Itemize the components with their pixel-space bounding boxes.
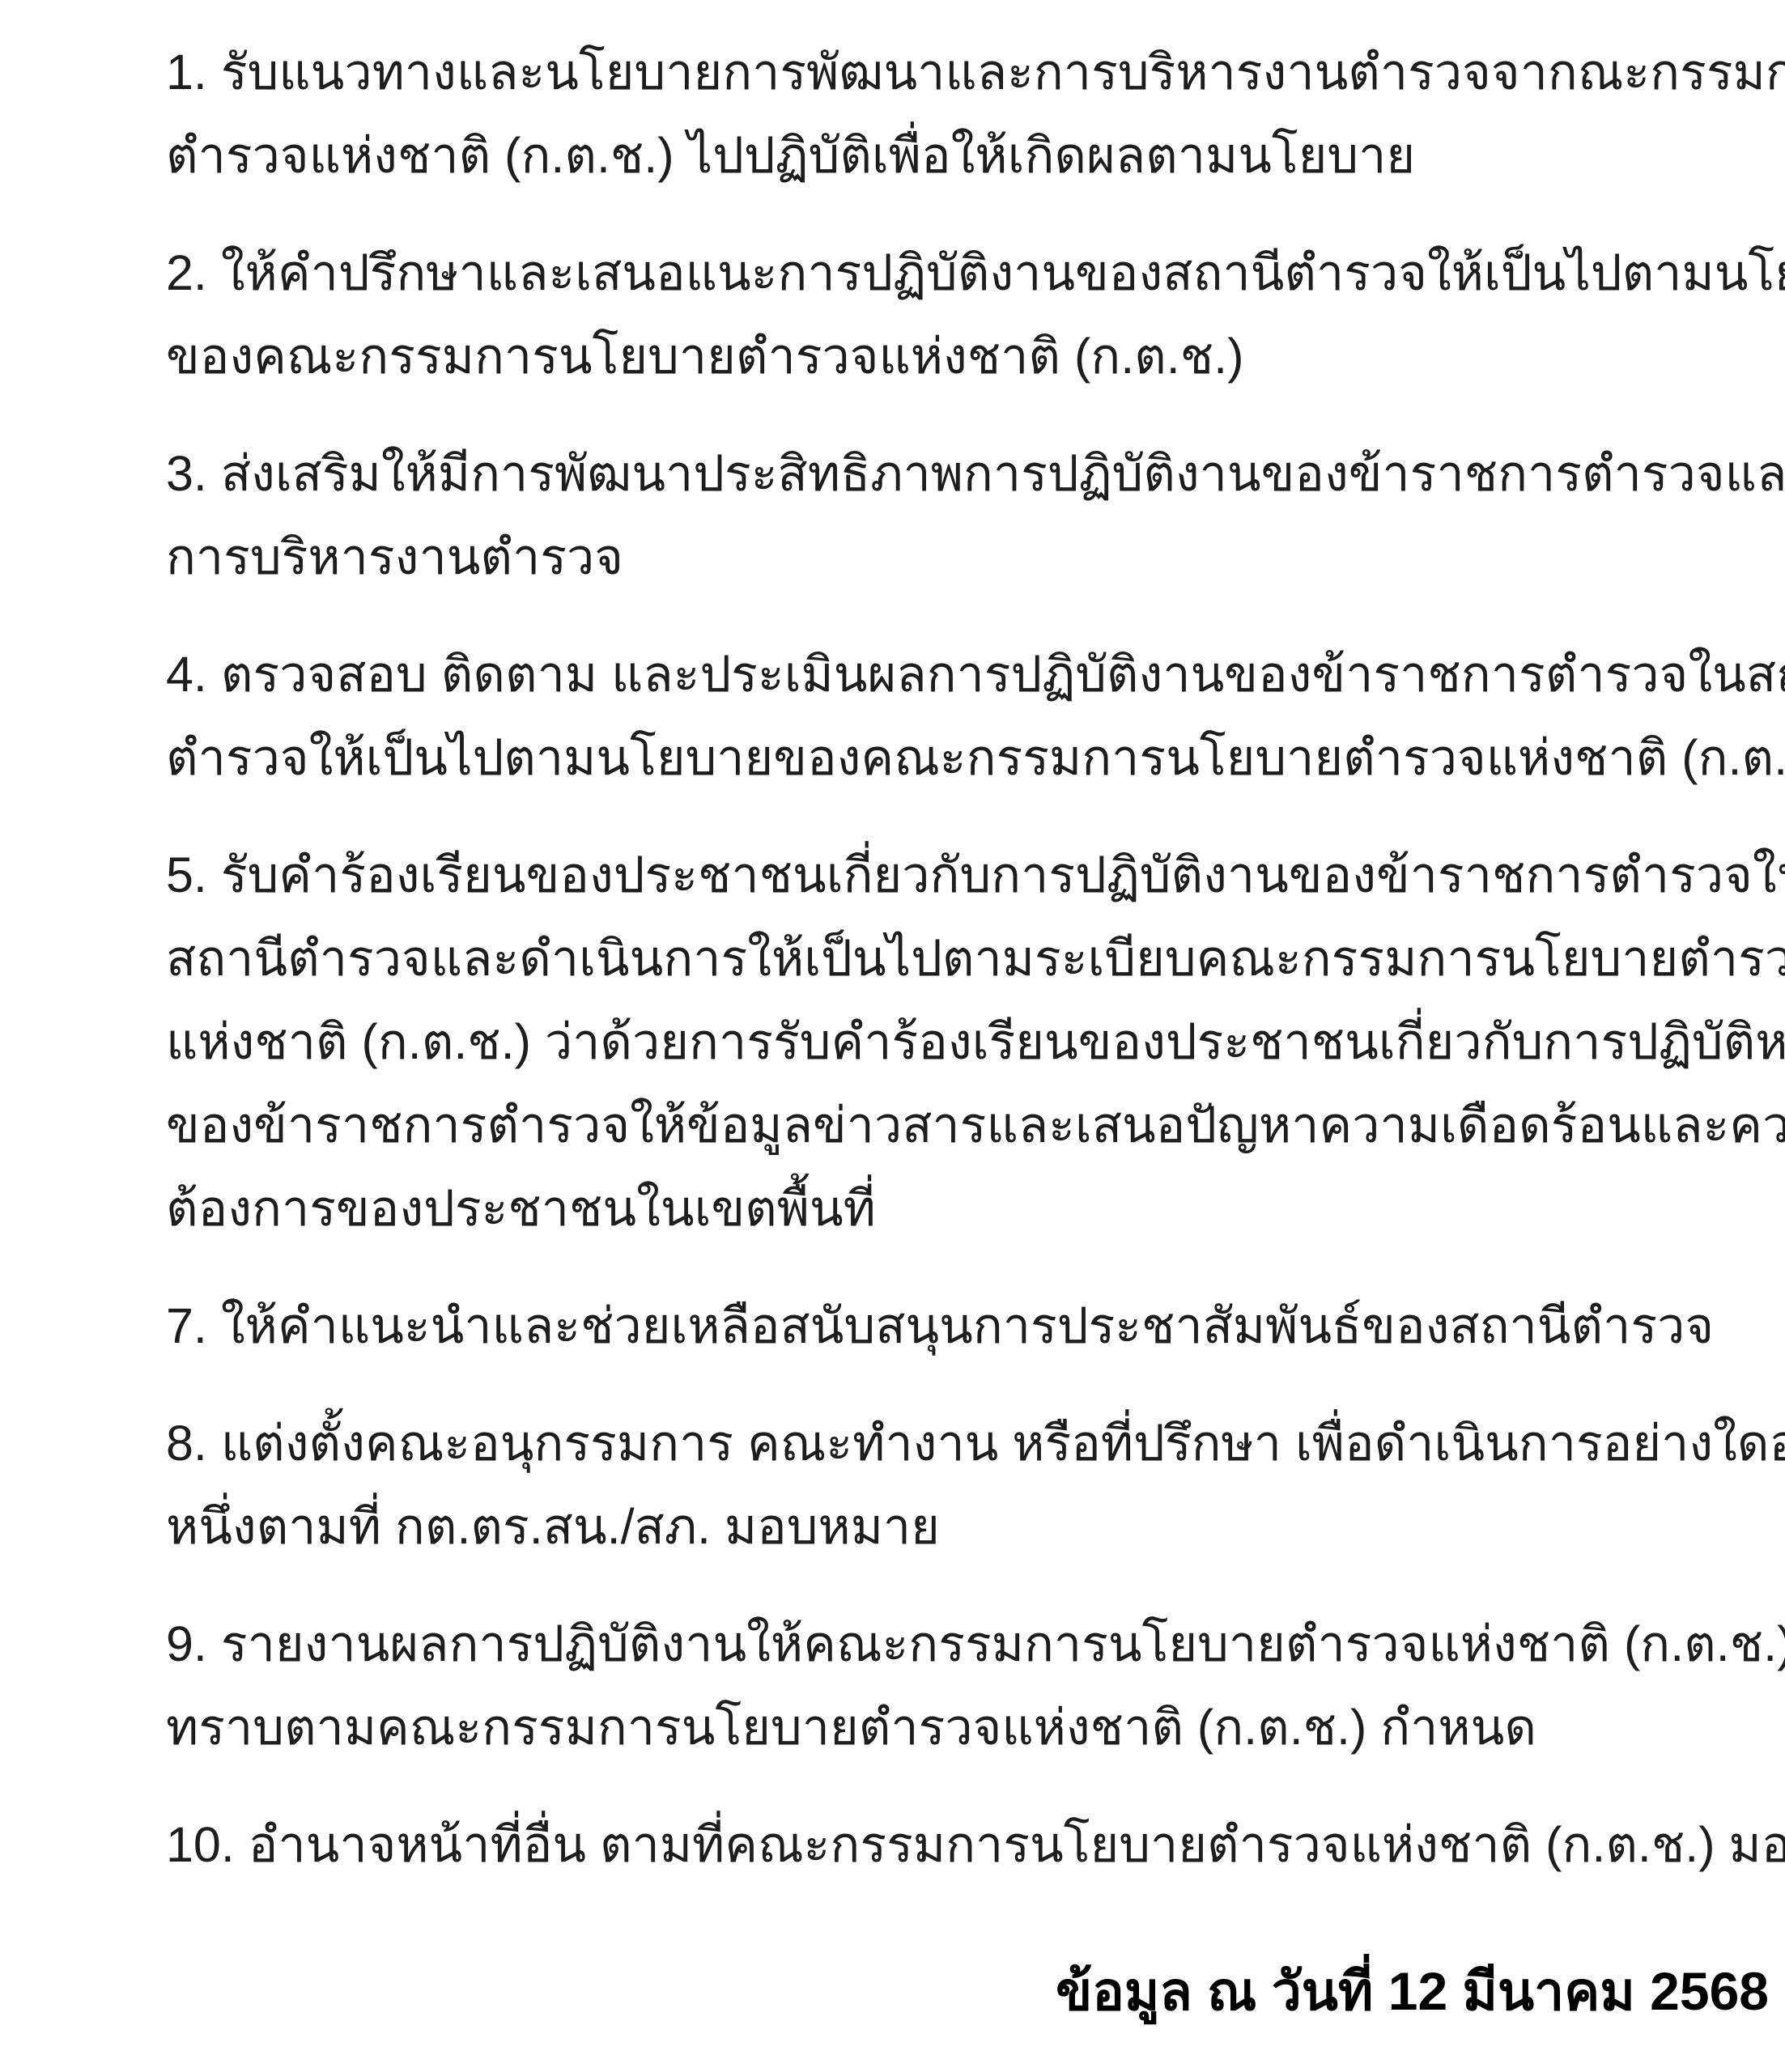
list-item-5: 5. รับคำร้องเรียนของประชาชนเกี่ยวกับการป… [166, 834, 1623, 1250]
text-line: 3. ส่งเสริมให้มีการพัฒนาประสิทธิภาพการปฏ… [166, 432, 1623, 516]
document-body: 1. รับแนวทางและนโยบายการพัฒนาและการบริหา… [0, 0, 1785, 1887]
text-line: 10. อำนาจหน้าที่อื่น ตามที่คณะกรรมการนโย… [166, 1803, 1623, 1887]
list-item-4: 4. ตรวจสอบ ติดตาม และประเมินผลการปฏิบัติ… [166, 633, 1623, 800]
list-item-3: 3. ส่งเสริมให้มีการพัฒนาประสิทธิภาพการปฏ… [166, 432, 1623, 599]
text-line: 4. ตรวจสอบ ติดตาม และประเมินผลการปฏิบัติ… [166, 633, 1623, 716]
text-line: สถานีตำรวจและดำเนินการให้เป็นไปตามระเบีย… [166, 917, 1623, 1000]
text-line: 8. แต่งตั้งคณะอนุกรรมการ คณะทำงาน หรือที… [166, 1402, 1623, 1485]
document-page: 1. รับแนวทางและนโยบายการพัฒนาและการบริหา… [0, 0, 1785, 2072]
text-line: ของคณะกรรมการนโยบายตำรวจแห่งชาติ (ก.ต.ช.… [166, 315, 1623, 398]
list-item-7: 7. ให้คำแนะนำและช่วยเหลือสนับสนุนการประช… [166, 1284, 1623, 1368]
text-line: 5. รับคำร้องเรียนของประชาชนเกี่ยวกับการป… [166, 834, 1623, 917]
text-line: ทราบตามคณะกรรมการนโยบายตำรวจแห่งชาติ (ก.… [166, 1686, 1623, 1769]
text-line: แห่งชาติ (ก.ต.ช.) ว่าด้วยการรับคำร้องเรี… [166, 1000, 1623, 1084]
text-line: หนึ่งตามที่ กต.ตร.สน./สภ. มอบหมาย [166, 1485, 1623, 1569]
text-line: ตำรวจให้เป็นไปตามนโยบายของคณะกรรมการนโยบ… [166, 716, 1623, 800]
list-item-2: 2. ให้คำปรึกษาและเสนอแนะการปฏิบัติงานของ… [166, 231, 1623, 398]
text-line: ต้องการของประชาชนในเขตพื้นที่ [166, 1167, 1623, 1250]
data-as-of-date: ข้อมูล ณ วันที่ 12 มีนาคม 2568 [0, 1959, 1785, 2023]
text-line: 2. ให้คำปรึกษาและเสนอแนะการปฏิบัติงานของ… [166, 231, 1623, 315]
list-item-1: 1. รับแนวทางและนโยบายการพัฒนาและการบริหา… [166, 31, 1623, 197]
text-line: ของข้าราชการตำรวจให้ข้อมูลข่าวสารและเสนอ… [166, 1084, 1623, 1167]
text-line: 7. ให้คำแนะนำและช่วยเหลือสนับสนุนการประช… [166, 1284, 1623, 1368]
text-line: การบริหารงานตำรวจ [166, 516, 1623, 599]
text-line: ตำรวจแห่งชาติ (ก.ต.ช.) ไปปฏิบัติเพื่อให้… [166, 114, 1623, 197]
list-item-9: 9. รายงานผลการปฏิบัติงานให้คณะกรรมการนโย… [166, 1603, 1623, 1769]
list-item-8: 8. แต่งตั้งคณะอนุกรรมการ คณะทำงาน หรือที… [166, 1402, 1623, 1569]
text-line: 1. รับแนวทางและนโยบายการพัฒนาและการบริหา… [166, 31, 1623, 114]
text-line: 9. รายงานผลการปฏิบัติงานให้คณะกรรมการนโย… [166, 1603, 1623, 1686]
list-item-10: 10. อำนาจหน้าที่อื่น ตามที่คณะกรรมการนโย… [166, 1803, 1623, 1887]
